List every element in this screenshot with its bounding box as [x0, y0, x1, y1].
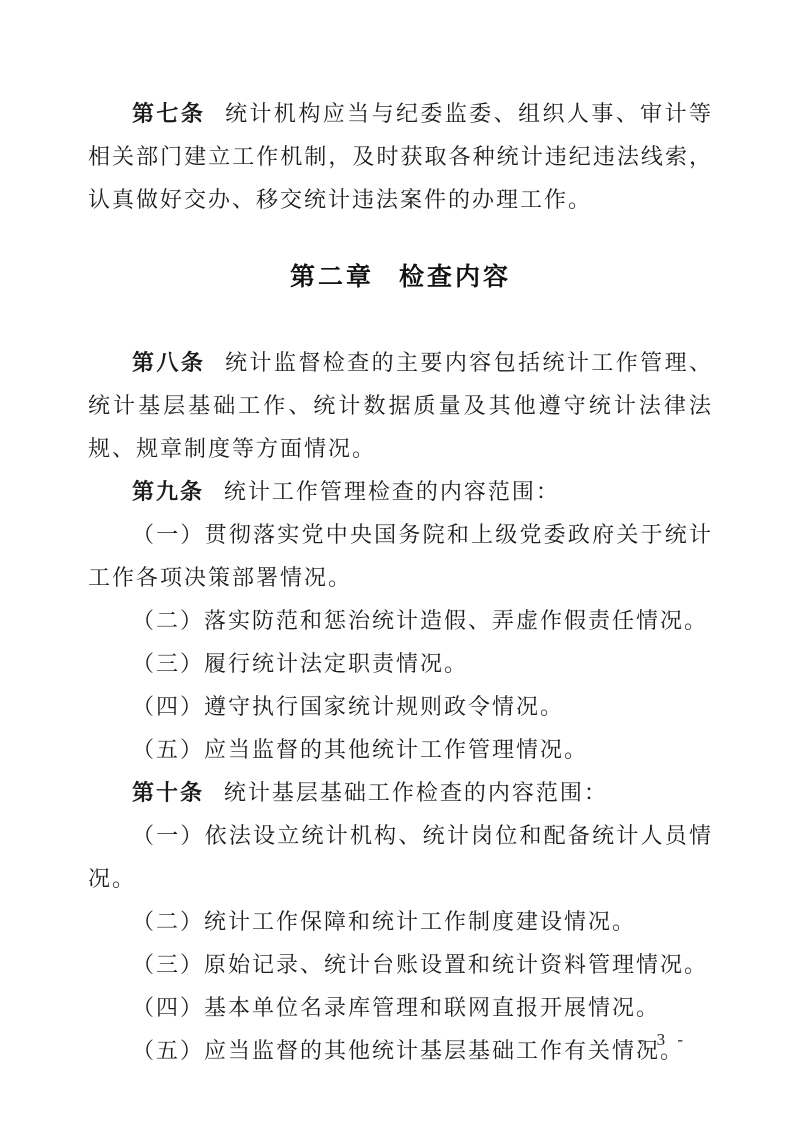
article-7-paragraph: 第七条统计机构应当与纪委监委、组织人事、审计等相关部门建立工作机制，及时获取各种…: [88, 92, 713, 221]
article-9-term: 第九条: [132, 479, 204, 504]
chapter-2-number: 第二章: [290, 263, 374, 291]
article-10-item-3: （三）原始记录、统计台账设置和统计资料管理情况。: [88, 943, 713, 986]
article-10-item-5: （五）应当监督的其他统计基层基础工作有关情况。: [88, 1029, 713, 1072]
article-9-paragraph: 第九条统计工作管理检查的内容范围：: [88, 470, 713, 513]
chapter-2-heading: 第二章检查内容: [88, 257, 713, 297]
article-9-item-1: （一）贯彻落实党中央国务院和上级党委政府关于统计工作各项决策部署情况。: [88, 513, 713, 599]
article-9-text: 统计工作管理检查的内容范围：: [224, 479, 560, 504]
article-9-item-2: （二）落实防范和惩治统计造假、弄虚作假责任情况。: [88, 599, 713, 642]
article-8-term: 第八条: [132, 350, 205, 375]
article-9-item-5: （五）应当监督的其他统计工作管理情况。: [88, 728, 713, 771]
document-page: 第七条统计机构应当与纪委监委、组织人事、审计等相关部门建立工作机制，及时获取各种…: [0, 0, 793, 1122]
article-10-paragraph: 第十条统计基层基础工作检查的内容范围：: [88, 771, 713, 814]
article-10-text: 统计基层基础工作检查的内容范围：: [224, 780, 608, 805]
article-7-term: 第七条: [132, 101, 205, 126]
article-10-item-2: （二）统计工作保障和统计工作制度建设情况。: [88, 900, 713, 943]
article-9-item-4: （四）遵守执行国家统计规则政令情况。: [88, 685, 713, 728]
chapter-2-title: 检查内容: [399, 263, 511, 291]
article-8-paragraph: 第八条统计监督检查的主要内容包括统计工作管理、统计基层基础工作、统计数据质量及其…: [88, 341, 713, 470]
article-9-item-3: （三）履行统计法定职责情况。: [88, 642, 713, 685]
article-10-item-4: （四）基本单位名录库管理和联网直报开展情况。: [88, 986, 713, 1029]
article-10-item-1: （一）依法设立统计机构、统计岗位和配备统计人员情况。: [88, 814, 713, 900]
page-number: - 3 -: [639, 1030, 687, 1050]
article-10-term: 第十条: [132, 780, 204, 805]
document-body: 第七条统计机构应当与纪委监委、组织人事、审计等相关部门建立工作机制，及时获取各种…: [88, 92, 713, 1072]
